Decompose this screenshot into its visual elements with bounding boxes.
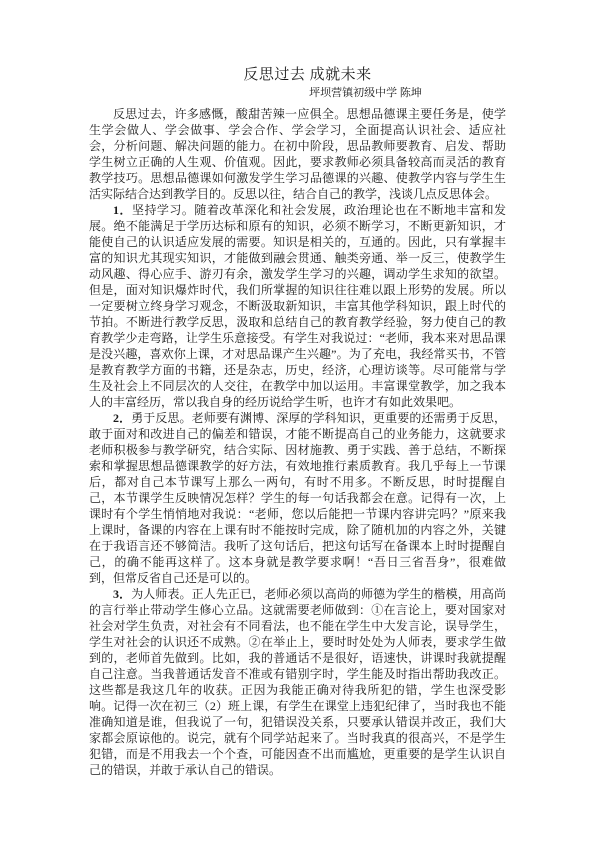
document-page: 反思过去 成就未来 坪坝营镇初级中学 陈坤 反思过去，许多感慨，酸甜苦辣一应俱全… bbox=[0, 0, 595, 842]
paragraph-text: 反思过去，许多感慨，酸甜苦辣一应俱全。思想品德课主要任务是，使学生学会做人、学会… bbox=[89, 107, 506, 201]
paragraph-point-3: 3．为人师表。正人先正已，老师必须以高尚的师德为学生的楷模，用高尚的言行举止带动… bbox=[89, 586, 506, 778]
paragraph-intro: 反思过去，许多感慨，酸甜苦辣一应俱全。思想品德课主要任务是，使学生学会做人、学会… bbox=[89, 106, 506, 202]
document-title: 反思过去 成就未来 bbox=[99, 65, 516, 85]
paragraph-text: 坚持学习。随着改革深化和社会发展，政治理论也在不断地丰富和发展。绝不能满足于学历… bbox=[89, 203, 506, 409]
paragraph-number: 2． bbox=[113, 411, 131, 425]
paragraph-point-1: 1．坚持学习。随着改革深化和社会发展，政治理论也在不断地丰富和发展。绝不能满足于… bbox=[89, 202, 506, 410]
document-content: 反思过去 成就未来 坪坝营镇初级中学 陈坤 反思过去，许多感慨，酸甜苦辣一应俱全… bbox=[0, 0, 595, 778]
paragraph-text: 为人师表。正人先正已，老师必须以高尚的师德为学生的楷模，用高尚的言行举止带动学生… bbox=[89, 587, 506, 777]
paragraph-point-2: 2．勇于反思。老师要有渊博、深厚的学科知识，更重要的还需勇于反思，敢于面对和改进… bbox=[89, 410, 506, 586]
paragraph-number: 3． bbox=[113, 587, 131, 601]
paragraph-number: 1． bbox=[113, 203, 132, 217]
paragraph-text: 勇于反思。老师要有渊博、深厚的学科知识，更重要的还需勇于反思，敢于面对和改进自己… bbox=[89, 411, 506, 585]
document-body: 反思过去，许多感慨，酸甜苦辣一应俱全。思想品德课主要任务是，使学生学会做人、学会… bbox=[89, 106, 506, 778]
byline: 坪坝营镇初级中学 陈坤 bbox=[157, 85, 574, 101]
